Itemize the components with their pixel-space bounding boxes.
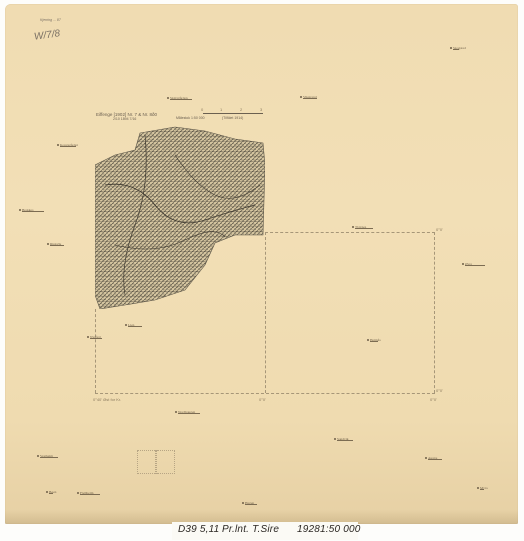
grid-line-bottom bbox=[95, 393, 435, 394]
place-label: Heimås bbox=[370, 338, 378, 342]
place-label: Skjærgården bbox=[170, 96, 192, 100]
grid-tick-bottom-center: 0°0' bbox=[259, 397, 266, 402]
scale-tick: 1 bbox=[220, 107, 222, 112]
place-label: Nygård bbox=[90, 335, 102, 339]
place-label: Nordhaugen bbox=[178, 410, 200, 414]
grid-tick-right-bottom: 0°0' bbox=[436, 388, 443, 393]
sheet-index-diagram-cell bbox=[155, 450, 157, 474]
scale-bar bbox=[203, 113, 263, 114]
grid-tick-bottom-left: 0°40' Øst for Kr. bbox=[93, 397, 121, 402]
scale-tick: 2 bbox=[240, 107, 242, 112]
place-label: Austre bbox=[428, 456, 442, 460]
place-label: Vikstrand bbox=[303, 95, 317, 99]
place-label: Tjærnes bbox=[355, 225, 373, 229]
scale-tick: 0 bbox=[201, 107, 203, 112]
place-label: Hagen bbox=[245, 501, 257, 505]
sheet-number: D39 5,11 bbox=[178, 524, 219, 535]
scale-label: Målestok 1:50 000 bbox=[176, 116, 205, 120]
surveyed-terrain-area bbox=[95, 125, 265, 309]
place-label: Sandvik bbox=[337, 437, 353, 441]
place-label: Rinkvik bbox=[50, 242, 64, 246]
scale-sub: (Tilföiet 1914) bbox=[222, 116, 243, 120]
place-label: Vestheim bbox=[40, 454, 58, 458]
survey-year: 1928 bbox=[297, 524, 320, 535]
scale-tick: 3 bbox=[260, 107, 262, 112]
grid-tick-right-top: 0°0' bbox=[436, 227, 443, 232]
pencil-note-small: Kjerring ... 87 bbox=[40, 18, 61, 22]
place-label: Fjellheim bbox=[80, 491, 100, 495]
place-label: Bøen bbox=[49, 490, 53, 494]
place-label: Myra bbox=[480, 486, 484, 490]
grid-line-middle bbox=[265, 232, 435, 233]
grid-tick-bottom-right: 0°0' bbox=[430, 397, 437, 402]
place-label: Lien bbox=[128, 323, 142, 327]
place-label: Kongsgårder bbox=[60, 143, 76, 147]
place-label: Øvre bbox=[465, 262, 485, 266]
grid-line-left bbox=[95, 309, 96, 393]
map-scale: 1:50 000 bbox=[320, 524, 361, 535]
grid-line-center bbox=[265, 232, 266, 393]
place-label: Brekkes bbox=[22, 208, 44, 212]
surveyor-credit: Pr.lnt. T.Sire bbox=[222, 524, 279, 535]
grid-line-right bbox=[434, 232, 435, 393]
place-label: Skogstad bbox=[453, 46, 459, 50]
map-subtitle: 2/10 1894 7/16 bbox=[113, 117, 136, 121]
